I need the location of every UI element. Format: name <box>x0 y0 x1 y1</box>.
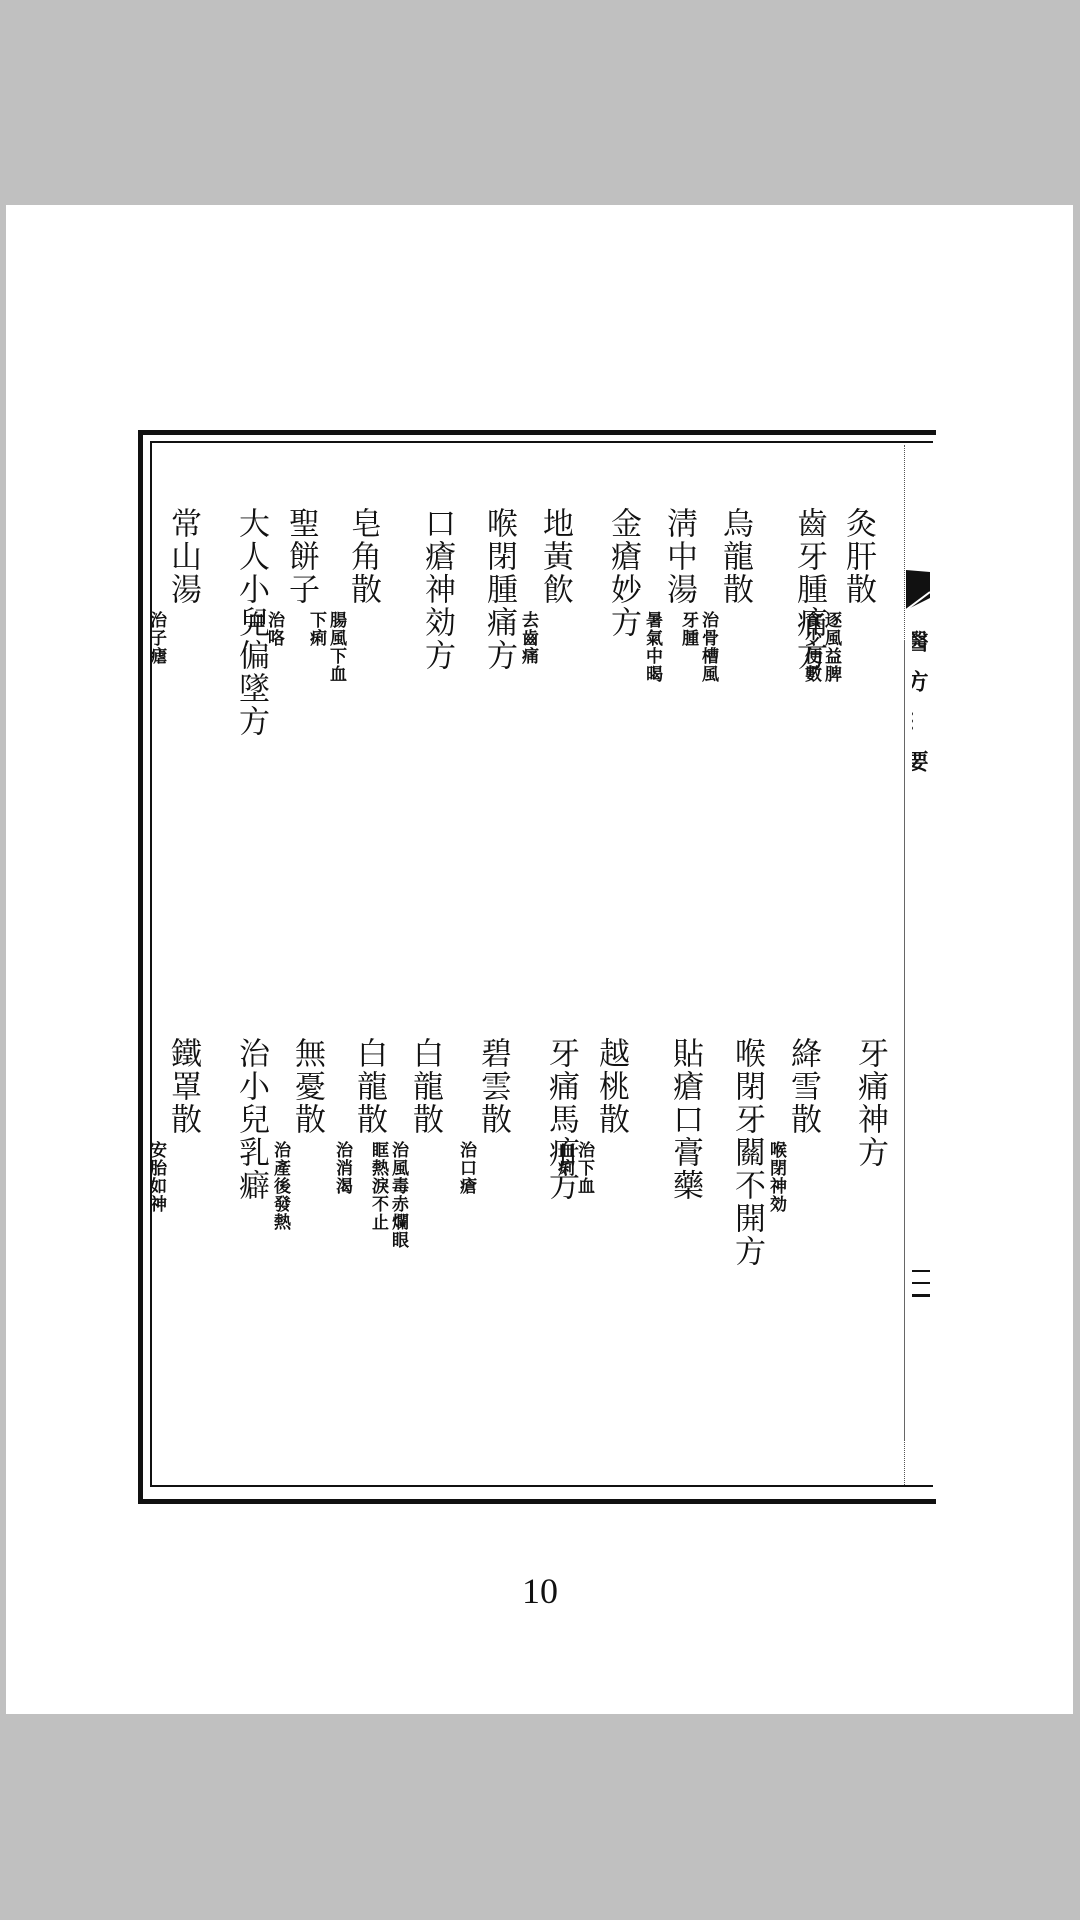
recipe-title: 無憂散 <box>290 1037 324 1136</box>
annotation-column: 治消渴 <box>332 1141 352 1195</box>
recipe-title: 貼瘡口膏藥 <box>668 1037 702 1202</box>
recipe-annotation: 治消渴 <box>332 1141 352 1195</box>
recipe-annotation: 去齒痛 <box>518 611 538 665</box>
fish-tail-mark-icon <box>906 570 930 610</box>
recipe-title: 鐵罩散 <box>166 1037 200 1136</box>
annotation-column: 治口瘡 <box>456 1141 476 1195</box>
recipe-entry: 治小兒乳癖 <box>234 1037 268 1202</box>
recipe-entry: 淸中湯暑氣中暍 <box>642 507 696 683</box>
recipe-annotation: 安胎如神 <box>146 1141 166 1213</box>
recipe-title: 皂角散 <box>346 507 380 606</box>
recipe-entry: 貼瘡口膏藥 <box>668 1037 702 1202</box>
recipe-entry: 常山湯治子瘧 <box>146 507 200 665</box>
recipe-annotation: 喉閉神効 <box>766 1141 786 1213</box>
recipe-title: 烏龍散 <box>718 507 752 606</box>
recipe-title: 白龍散 <box>408 1037 442 1136</box>
recipe-entry: 牙痛馬疳方 <box>544 1037 578 1202</box>
recipe-title: 碧雲散 <box>476 1037 510 1136</box>
recipe-entry: 碧雲散治口瘡 <box>456 1037 510 1195</box>
fold-center-line-solid <box>904 640 905 1440</box>
recipe-annotation: 暑氣中暍 <box>642 611 662 683</box>
recipe-entry: 鐵罩散安胎如神 <box>146 1037 200 1213</box>
annotation-column: 去齒痛 <box>518 611 538 665</box>
recipe-title: 大人小兒偏墜方 <box>234 507 268 738</box>
recipe-title: 灸肝散 <box>841 507 875 606</box>
recipe-title: 越桃散 <box>594 1037 628 1136</box>
annotation-column: 腸風下血 <box>326 611 346 683</box>
recipe-entry: 絳雪散喉閉神効 <box>766 1037 820 1213</box>
annotation-column: 治骨槽風 <box>698 611 718 683</box>
recipe-title: 常山湯 <box>166 507 200 606</box>
recipe-entry: 牙痛神方 <box>853 1037 887 1169</box>
fold-title: 醫方…要 <box>912 630 932 890</box>
annotation-column: 暑氣中暍 <box>642 611 662 683</box>
recipe-title: 治小兒乳癖 <box>234 1037 268 1202</box>
recipe-title: 喉閉腫痛方 <box>482 507 516 672</box>
recipe-title: 牙痛神方 <box>853 1037 887 1169</box>
recipe-entry: 口瘡神効方 <box>420 507 454 672</box>
fold-page-mark <box>912 1270 930 1310</box>
recipe-title: 牙痛馬疳方 <box>544 1037 578 1202</box>
recipe-title: 聖餅子 <box>284 507 318 606</box>
recipe-entry: 喉閉腫痛方 <box>482 507 516 672</box>
page-number: 10 <box>0 1570 1080 1612</box>
recipe-title: 絳雪散 <box>786 1037 820 1136</box>
recipe-title: 口瘡神効方 <box>420 507 454 672</box>
recipe-title: 淸中湯 <box>662 507 696 606</box>
recipe-entry: 地黃飮去齒痛 <box>518 507 572 665</box>
recipe-annotation: 治口瘡 <box>456 1141 476 1195</box>
recipe-entry: 白龍散治消渴 <box>332 1037 386 1195</box>
annotation-column: 治產後發熱 <box>270 1141 290 1231</box>
recipe-title: 齒牙腫痛方 <box>792 507 826 672</box>
recipe-entry: 喉閉牙關不開方 <box>730 1037 764 1268</box>
annotation-column: 喉閉神効 <box>766 1141 786 1213</box>
recipe-entry: 大人小兒偏墜方 <box>234 507 268 738</box>
annotation-column: 治子瘧 <box>146 611 166 665</box>
recipe-title: 白龍散 <box>352 1037 386 1136</box>
recipe-annotation: 治子瘧 <box>146 611 166 665</box>
recipe-entry: 金瘡妙方 <box>606 507 640 639</box>
recipe-entry: 無憂散治產後發熱 <box>270 1037 324 1231</box>
recipe-title: 喉閉牙關不開方 <box>730 1037 764 1268</box>
annotation-column: 安胎如神 <box>146 1141 166 1213</box>
annotation-column: 治風毒赤爛眼 <box>388 1141 408 1249</box>
recipe-title: 地黃飮 <box>538 507 572 606</box>
recipe-annotation: 治產後發熱 <box>270 1141 290 1231</box>
recipe-entry: 齒牙腫痛方 <box>792 507 826 672</box>
recipe-title: 金瘡妙方 <box>606 507 640 639</box>
